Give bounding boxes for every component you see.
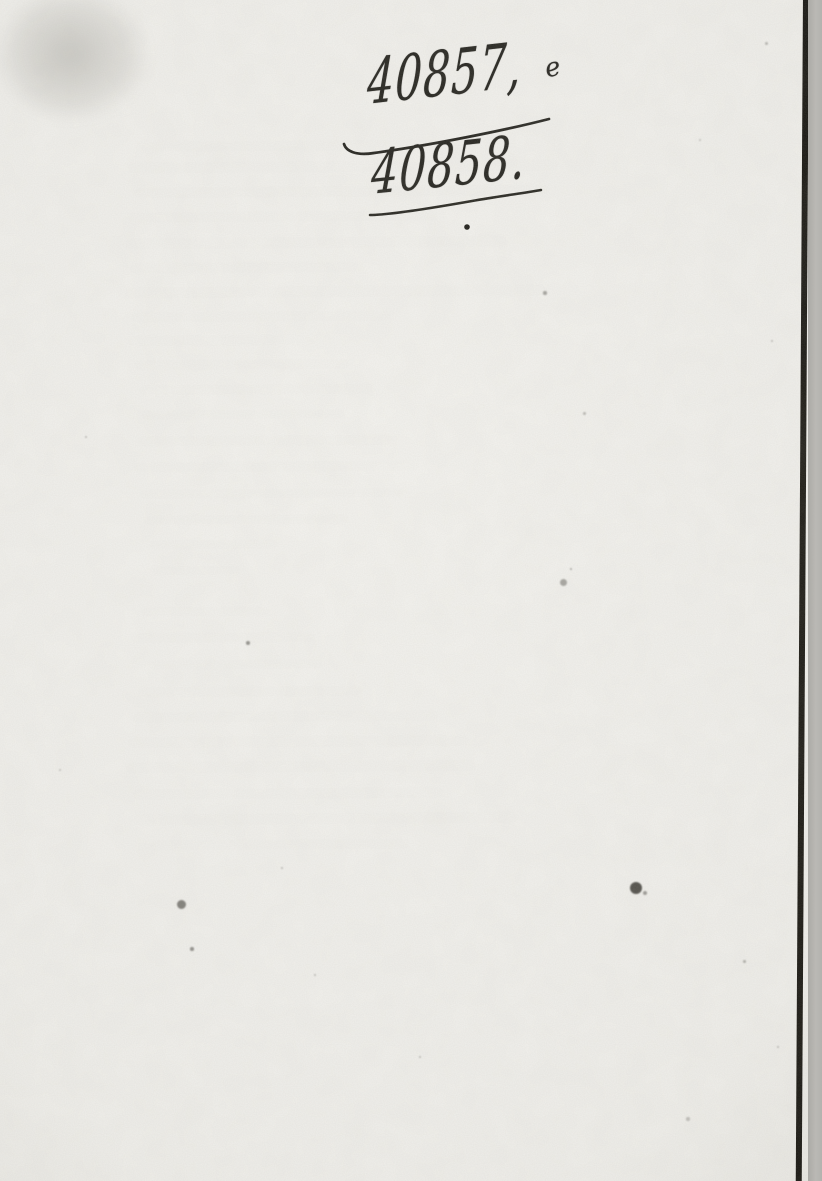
ink-speck (190, 947, 194, 951)
handwritten-number-top: 40857, (366, 34, 523, 114)
bleedthrough-line (139, 384, 374, 395)
ink-speck (765, 42, 768, 45)
bleedthrough-line (134, 461, 419, 472)
bleedthrough-line (150, 839, 410, 850)
bleedthrough-line (133, 788, 443, 799)
handwritten-superscript: e (542, 52, 563, 85)
bleedthrough-line (141, 409, 346, 419)
bleedthrough-line (144, 514, 349, 524)
ink-speck (743, 960, 746, 963)
bleedthrough-line (152, 566, 242, 576)
bleedthrough-line (128, 813, 518, 825)
ink-speck (699, 139, 702, 142)
bleedthrough-line (131, 311, 391, 322)
ink-speck (643, 891, 647, 895)
bleedthrough-line (139, 488, 404, 499)
ink-speck (85, 436, 88, 439)
ink-speck (771, 340, 774, 343)
ink-speck (281, 867, 284, 870)
ink-speck (560, 579, 567, 586)
ink-speck (543, 291, 546, 294)
bleedthrough-line (128, 335, 278, 345)
ink-speck (419, 1056, 422, 1059)
handwritten-number-bottom: 40858. (370, 127, 528, 204)
bleedthrough-line (126, 286, 546, 298)
bleedthrough-line (140, 607, 270, 617)
ink-speck (59, 769, 62, 772)
bleedthrough-line (133, 711, 438, 722)
bleedthrough-line (137, 435, 392, 446)
bleedthrough-line (128, 736, 468, 747)
bleedthrough-line (126, 237, 506, 249)
ink-speck (570, 568, 572, 570)
bleedthrough-line (149, 540, 279, 550)
bleedthrough-line (130, 262, 365, 273)
ink-speck (686, 1117, 689, 1120)
scan-margin-strip (808, 0, 822, 1181)
ink-speck (314, 974, 316, 976)
corner-smudge (0, 0, 176, 144)
bleedthrough-line (128, 211, 438, 222)
ink-dot (464, 224, 470, 230)
scanned-page: 40857, e 40858. (0, 0, 822, 1181)
bleedthrough-line (130, 632, 315, 642)
bleedthrough-line (126, 761, 476, 772)
ink-speck (177, 900, 186, 909)
ink-speck (246, 641, 250, 645)
bleedthrough-line (134, 359, 349, 370)
ink-speck (777, 1046, 780, 1049)
ink-speck (630, 882, 642, 894)
bleedthrough-line (148, 659, 323, 669)
bleedthrough-line (138, 686, 363, 697)
ink-speck (583, 412, 586, 415)
page-edge-line (796, 0, 809, 1181)
